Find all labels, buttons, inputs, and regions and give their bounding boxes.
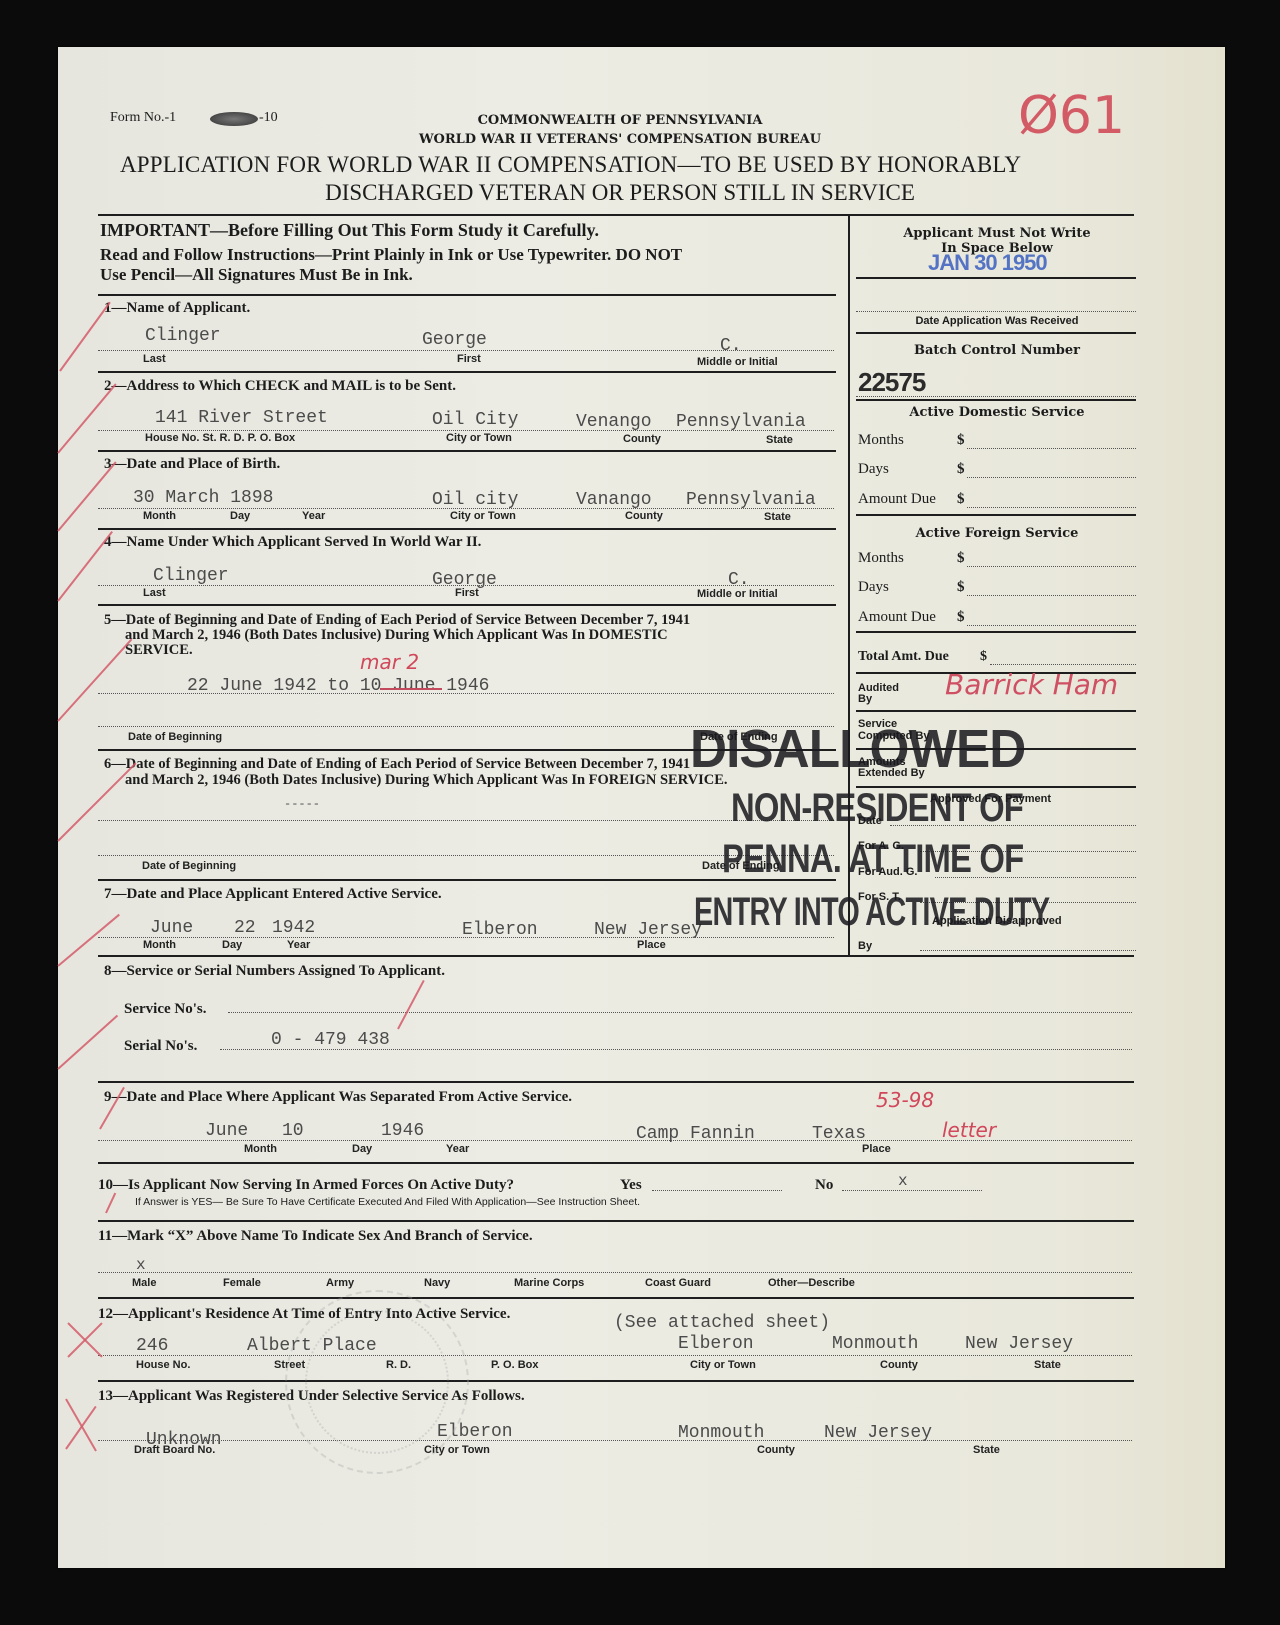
option-coast-guard[interactable]: Coast Guard bbox=[645, 1277, 711, 1289]
entry-month[interactable]: June bbox=[150, 918, 193, 938]
embossed-seal-inner bbox=[305, 1310, 449, 1454]
foreign-amount-label: Amount Due bbox=[858, 609, 936, 626]
label: Month bbox=[143, 510, 176, 522]
birth-date[interactable]: 30 March 1898 bbox=[133, 488, 273, 508]
active-duty-yes-label: Yes bbox=[620, 1177, 642, 1194]
audited-label-2: By bbox=[858, 693, 872, 705]
dollar-sign: $ bbox=[957, 579, 965, 596]
label: City or Town bbox=[450, 510, 516, 522]
divider bbox=[856, 277, 1136, 279]
active-duty-yes-field[interactable] bbox=[652, 1190, 782, 1191]
dollar-sign: $ bbox=[957, 609, 965, 626]
foreign-months-field[interactable] bbox=[967, 566, 1136, 567]
divider bbox=[98, 450, 836, 452]
birth-city[interactable]: Oil city bbox=[432, 490, 518, 510]
divider bbox=[98, 528, 836, 530]
foreign-months-label: Months bbox=[858, 550, 904, 567]
divider bbox=[98, 1220, 1134, 1222]
domestic-days-label: Days bbox=[858, 461, 889, 478]
serial-number-value[interactable]: 0 - 479 438 bbox=[271, 1030, 390, 1050]
domestic-days-field[interactable] bbox=[967, 477, 1136, 478]
section-9-title: 9—Date and Place Where Applicant Was Sep… bbox=[104, 1089, 572, 1106]
separation-place[interactable]: Camp Fannin bbox=[636, 1124, 755, 1144]
section-3-title: 3—Date and Place of Birth. bbox=[104, 456, 280, 473]
divider bbox=[98, 604, 836, 606]
label: Last bbox=[143, 587, 166, 599]
dotted-line bbox=[98, 508, 834, 509]
dotted-line bbox=[98, 820, 834, 821]
option-other[interactable]: Other—Describe bbox=[768, 1277, 855, 1289]
dotted-line bbox=[856, 396, 1136, 397]
header-divider bbox=[98, 214, 1134, 216]
label: City or Town bbox=[690, 1359, 756, 1371]
domestic-months-label: Months bbox=[858, 432, 904, 449]
divider bbox=[98, 1081, 1134, 1083]
label: Middle or Initial bbox=[697, 356, 778, 368]
red-correction: mar 2 bbox=[360, 650, 419, 674]
instructions-line-3: Use Pencil—All Signatures Must Be in Ink… bbox=[100, 265, 413, 285]
birth-county[interactable]: Vanango bbox=[576, 490, 652, 510]
section-4-title: 4—Name Under Which Applicant Served In W… bbox=[104, 534, 481, 551]
label: State bbox=[973, 1444, 1000, 1456]
section-6-title-1: 6—Date of Beginning and Date of Ending o… bbox=[104, 756, 690, 773]
foreign-heading: Active Foreign Service bbox=[858, 526, 1136, 541]
section-2-title: 2—Address to Which CHECK and MAIL is to … bbox=[104, 378, 456, 395]
entry-year[interactable]: 1942 bbox=[272, 918, 315, 938]
label: Day bbox=[352, 1143, 372, 1155]
label: Last bbox=[143, 353, 166, 365]
dotted-line bbox=[98, 1355, 1132, 1356]
dollar-sign: $ bbox=[957, 432, 965, 449]
separation-month[interactable]: June bbox=[205, 1121, 248, 1141]
option-army[interactable]: Army bbox=[326, 1277, 354, 1289]
office-heading-1: Applicant Must Not Write bbox=[858, 226, 1136, 241]
divider bbox=[98, 955, 1134, 957]
dotted-line bbox=[98, 937, 834, 938]
mail-state[interactable]: Pennsylvania bbox=[676, 412, 806, 432]
section-7-title: 7—Date and Place Applicant Entered Activ… bbox=[104, 886, 442, 903]
dotted-line bbox=[98, 1272, 1132, 1273]
label: County bbox=[623, 433, 661, 445]
foreign-days-field[interactable] bbox=[967, 595, 1136, 596]
dotted-line bbox=[98, 430, 834, 431]
divider bbox=[98, 1162, 1134, 1164]
label: First bbox=[455, 587, 479, 599]
mail-street[interactable]: 141 River Street bbox=[155, 408, 328, 428]
divider bbox=[98, 371, 836, 373]
label: State bbox=[1034, 1359, 1061, 1371]
dollar-sign: $ bbox=[957, 550, 965, 567]
dotted-line bbox=[228, 1012, 1132, 1013]
label: House No. St. R. D. P. O. Box bbox=[145, 432, 295, 444]
dotted-line bbox=[98, 585, 834, 586]
divider bbox=[856, 399, 1136, 401]
divider bbox=[856, 332, 1136, 334]
section-10-title: 10—Is Applicant Now Serving In Armed For… bbox=[98, 1177, 514, 1194]
label: County bbox=[625, 510, 663, 522]
label: Year bbox=[287, 939, 310, 951]
label: P. O. Box bbox=[491, 1359, 538, 1371]
label: Year bbox=[446, 1143, 469, 1155]
applicant-first-name[interactable]: George bbox=[422, 330, 487, 350]
label: Middle or Initial bbox=[697, 588, 778, 600]
served-middle-initial[interactable]: C. bbox=[728, 570, 750, 590]
section-5-title-2: and March 2, 1946 (Both Dates Inclusive)… bbox=[125, 627, 668, 644]
form-title-line-1: APPLICATION FOR WORLD WAR II COMPENSATIO… bbox=[120, 152, 1021, 178]
form-title-line-2: DISCHARGED VETERAN OR PERSON STILL IN SE… bbox=[0, 180, 1240, 206]
see-attached-note: (See attached sheet) bbox=[614, 1313, 830, 1333]
applicant-last-name[interactable]: Clinger bbox=[145, 326, 221, 346]
red-annotation: Ø61 bbox=[1018, 86, 1125, 146]
stamp-line-2: NON-RESIDENT OF bbox=[731, 786, 1023, 831]
label: House No. bbox=[136, 1359, 190, 1371]
dollar-sign: $ bbox=[957, 461, 965, 478]
stamp-line-4: ENTRY INTO ACTIVE DUTY bbox=[694, 890, 1049, 935]
service-number-label: Service No's. bbox=[124, 1001, 206, 1018]
instructions-line-2: Read and Follow Instructions—Print Plain… bbox=[100, 245, 682, 265]
dollar-sign: $ bbox=[980, 649, 987, 665]
residence-city[interactable]: Elberon bbox=[678, 1334, 754, 1354]
mail-county[interactable]: Venango bbox=[576, 412, 652, 432]
label: Date of Beginning bbox=[142, 860, 236, 872]
mail-city[interactable]: Oil City bbox=[432, 410, 518, 430]
section-6-title-2: and March 2, 1946 (Both Dates Inclusive)… bbox=[125, 772, 728, 789]
dotted-line bbox=[856, 311, 1136, 312]
instructions-line-1: IMPORTANT—Before Filling Out This Form S… bbox=[100, 220, 599, 241]
section-8-title: 8—Service or Serial Numbers Assigned To … bbox=[104, 963, 445, 980]
dotted-line bbox=[98, 1140, 1132, 1141]
strikethrough bbox=[380, 688, 442, 690]
total-due-field[interactable] bbox=[990, 664, 1136, 665]
active-duty-note: If Answer is YES— Be Sure To Have Certif… bbox=[135, 1196, 640, 1208]
divider bbox=[98, 294, 836, 296]
entry-day[interactable]: 22 bbox=[234, 918, 256, 938]
foreign-service-period[interactable]: ----- bbox=[284, 797, 320, 811]
residence-house[interactable]: 246 bbox=[136, 1336, 168, 1356]
domestic-amount-label: Amount Due bbox=[858, 491, 936, 508]
red-note-word: letter bbox=[942, 1118, 996, 1142]
dollar-sign: $ bbox=[957, 491, 965, 508]
total-due-label: Total Amt. Due bbox=[858, 649, 949, 665]
domestic-amount-field[interactable] bbox=[967, 507, 1136, 508]
label: Day bbox=[230, 510, 250, 522]
dotted-line bbox=[98, 693, 834, 694]
label: State bbox=[766, 434, 793, 446]
label: State bbox=[764, 511, 791, 523]
label: County bbox=[880, 1359, 918, 1371]
date-received-stamp: JAN 30 1950 bbox=[928, 250, 1047, 276]
section-5-title-3: SERVICE. bbox=[125, 642, 193, 659]
section-11-title: 11—Mark “X” Above Name To Indicate Sex A… bbox=[98, 1228, 533, 1245]
option-navy[interactable]: Navy bbox=[424, 1277, 450, 1289]
label: Year bbox=[302, 510, 325, 522]
dotted-line bbox=[98, 350, 834, 351]
separation-day[interactable]: 10 bbox=[282, 1121, 304, 1141]
disapproved-by-label: By bbox=[858, 940, 872, 952]
label: First bbox=[457, 353, 481, 365]
divider bbox=[98, 1380, 1134, 1382]
stamp-line-3: PENNA. AT TIME OF bbox=[722, 837, 1023, 882]
option-female[interactable]: Female bbox=[223, 1277, 261, 1289]
date-received-label: Date Application Was Received bbox=[858, 315, 1136, 327]
foreign-days-label: Days bbox=[858, 579, 889, 596]
label: Month bbox=[143, 939, 176, 951]
disallowed-stamp: DISALLOWED bbox=[690, 718, 1025, 780]
label: City or Town bbox=[446, 432, 512, 444]
dotted-line bbox=[842, 1190, 982, 1191]
label: Place bbox=[637, 939, 666, 951]
disapproved-by-field[interactable] bbox=[920, 950, 1136, 951]
active-duty-no-label: No bbox=[815, 1177, 833, 1194]
auditor-signature: Barrick Ham bbox=[945, 668, 1118, 701]
red-note-number: 53-98 bbox=[876, 1088, 934, 1112]
birth-state[interactable]: Pennsylvania bbox=[686, 490, 816, 510]
label: Month bbox=[244, 1143, 277, 1155]
batch-number: 22575 bbox=[858, 367, 925, 398]
divider bbox=[856, 710, 1136, 712]
section-1-title: 1—Name of Applicant. bbox=[104, 300, 250, 317]
applicant-middle-initial[interactable]: C. bbox=[720, 336, 742, 356]
divider bbox=[856, 631, 1136, 633]
served-last-name[interactable]: Clinger bbox=[153, 566, 229, 586]
domestic-months-field[interactable] bbox=[967, 448, 1136, 449]
separation-year[interactable]: 1946 bbox=[381, 1121, 424, 1141]
residence-state[interactable]: New Jersey bbox=[965, 1334, 1073, 1354]
label: Day bbox=[222, 939, 242, 951]
option-marine-corps[interactable]: Marine Corps bbox=[514, 1277, 584, 1289]
label: County bbox=[757, 1444, 795, 1456]
dotted-line bbox=[98, 1440, 1132, 1441]
section-12-title: 12—Applicant's Residence At Time of Entr… bbox=[98, 1306, 510, 1323]
residence-county[interactable]: Monmouth bbox=[832, 1334, 918, 1354]
separation-state[interactable]: Texas bbox=[812, 1124, 866, 1144]
active-duty-no-value[interactable]: x bbox=[898, 1172, 908, 1190]
batch-label: Batch Control Number bbox=[858, 343, 1136, 358]
label: Date of Beginning bbox=[128, 731, 222, 743]
domestic-heading: Active Domestic Service bbox=[858, 405, 1136, 420]
label: Place bbox=[862, 1143, 891, 1155]
dotted-line bbox=[220, 1049, 1132, 1050]
label: Draft Board No. bbox=[134, 1444, 215, 1456]
divider bbox=[98, 1297, 1134, 1299]
serial-number-label: Serial No's. bbox=[124, 1038, 197, 1055]
foreign-amount-field[interactable] bbox=[967, 625, 1136, 626]
option-male[interactable]: Male bbox=[132, 1277, 156, 1289]
divider bbox=[856, 514, 1136, 516]
